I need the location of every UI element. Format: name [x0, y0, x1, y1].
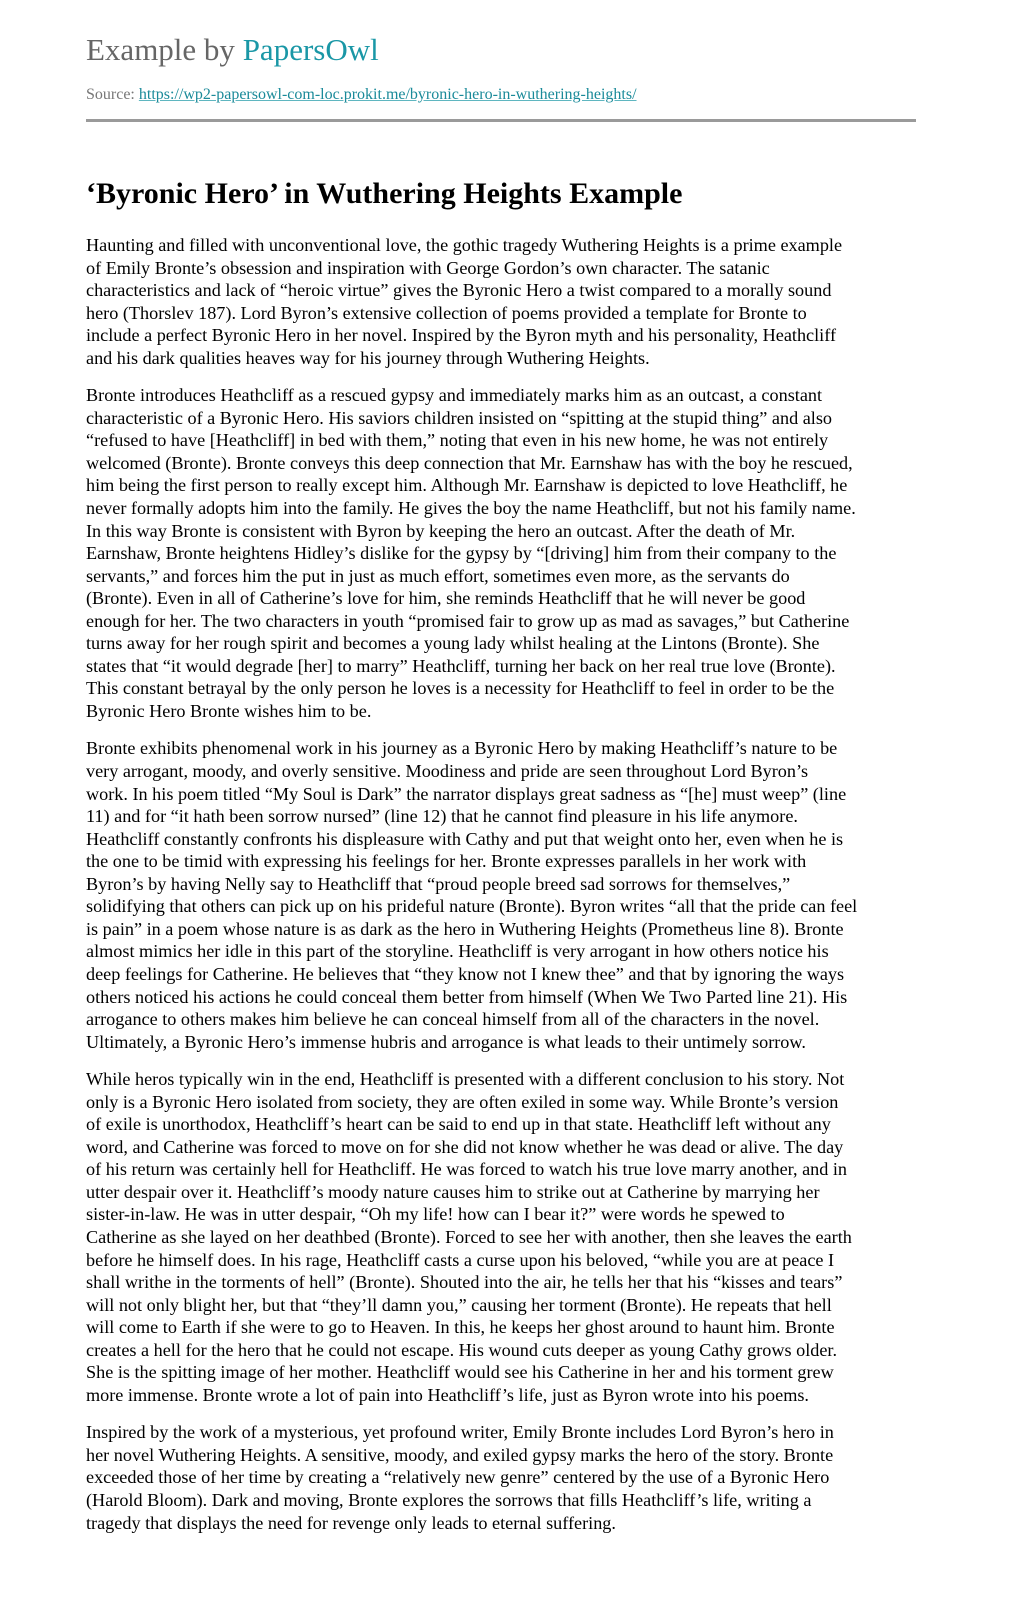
- text-line: states that “it would degrade [her] to m…: [86, 655, 918, 678]
- text-line: him being the first person to really exc…: [86, 474, 918, 497]
- text-line: sister-in-law. He was in utter despair, …: [86, 1203, 918, 1226]
- text-line: Byronic Hero Bronte wishes him to be.: [86, 700, 918, 723]
- text-line: Earnshaw, Bronte heightens Hidley’s disl…: [86, 542, 918, 565]
- text-line: Haunting and filled with unconventional …: [86, 234, 918, 257]
- text-line: servants,” and forces him the put in jus…: [86, 565, 918, 588]
- brand-header: Example by PapersOwl: [86, 30, 379, 70]
- paragraph-3: Bronte exhibits phenomenal work in his j…: [86, 737, 918, 1053]
- text-line: only is a Byronic Hero isolated from soc…: [86, 1091, 918, 1114]
- text-line: hero (Thorslev 187). Lord Byron’s extens…: [86, 302, 918, 325]
- text-line: word, and Catherine was forced to move o…: [86, 1136, 918, 1159]
- text-line: characteristic of a Byronic Hero. His sa…: [86, 407, 918, 430]
- text-line: While heros typically win in the end, He…: [86, 1068, 918, 1091]
- text-line: utter despair over it. Heathcliff’s mood…: [86, 1181, 918, 1204]
- text-line: enough for her. The two characters in yo…: [86, 610, 918, 633]
- text-line: “refused to have [Heathcliff] in bed wit…: [86, 429, 918, 452]
- text-line: include a perfect Byronic Hero in her no…: [86, 324, 918, 347]
- text-line: exceeded those of her time by creating a…: [86, 1466, 918, 1489]
- text-line: before he himself does. In his rage, Hea…: [86, 1249, 918, 1272]
- source-line: Source: https://wp2-papersowl-com-loc.pr…: [86, 85, 637, 105]
- text-line: is pain” in a poem whose nature is as da…: [86, 918, 918, 941]
- source-label: Source:: [86, 86, 139, 103]
- text-line: Heathcliff constantly confronts his disp…: [86, 828, 918, 851]
- article-title: ‘Byronic Hero’ in Wuthering Heights Exam…: [86, 174, 682, 214]
- text-line: her novel Wuthering Heights. A sensitive…: [86, 1444, 918, 1467]
- text-line: others noticed his actions he could conc…: [86, 986, 918, 1009]
- text-line: Bronte exhibits phenomenal work in his j…: [86, 737, 918, 760]
- text-line: will not only blight her, but that “they…: [86, 1294, 918, 1317]
- text-line: Byron’s by having Nelly say to Heathclif…: [86, 873, 918, 896]
- paragraph-4: While heros typically win in the end, He…: [86, 1068, 918, 1406]
- text-line: Bronte introduces Heathcliff as a rescue…: [86, 384, 918, 407]
- text-line: (Bronte). Even in all of Catherine’s lov…: [86, 587, 918, 610]
- text-line: will come to Earth if she were to go to …: [86, 1316, 918, 1339]
- text-line: welcomed (Bronte). Bronte conveys this d…: [86, 452, 918, 475]
- text-line: solidifying that others can pick up on h…: [86, 895, 918, 918]
- text-line: deep feelings for Catherine. He believes…: [86, 963, 918, 986]
- paragraph-2: Bronte introduces Heathcliff as a rescue…: [86, 384, 918, 722]
- text-line: more immense. Bronte wrote a lot of pain…: [86, 1384, 918, 1407]
- text-line: Ultimately, a Byronic Hero’s immense hub…: [86, 1031, 918, 1054]
- text-line: of Emily Bronte’s obsession and inspirat…: [86, 257, 918, 280]
- brand-name: PapersOwl: [243, 32, 379, 67]
- text-line: almost mimics her idle in this part of t…: [86, 940, 918, 963]
- text-line: never formally adopts him into the famil…: [86, 497, 918, 520]
- text-line: Inspired by the work of a mysterious, ye…: [86, 1421, 918, 1444]
- text-line: turns away for her rough spirit and beco…: [86, 632, 918, 655]
- text-line: work. In his poem titled “My Soul is Dar…: [86, 783, 918, 806]
- text-line: She is the spitting image of her mother.…: [86, 1361, 918, 1384]
- text-line: arrogance to others makes him believe he…: [86, 1008, 918, 1031]
- text-line: characteristics and lack of “heroic virt…: [86, 279, 918, 302]
- text-line: the one to be timid with expressing his …: [86, 850, 918, 873]
- text-line: creates a hell for the hero that he coul…: [86, 1339, 918, 1362]
- text-line: of exile is unorthodox, Heathcliff’s hea…: [86, 1113, 918, 1136]
- text-line: In this way Bronte is consistent with By…: [86, 520, 918, 543]
- brand-prefix: Example by: [86, 32, 243, 67]
- text-line: (Harold Bloom). Dark and moving, Bronte …: [86, 1489, 918, 1512]
- header-divider: [86, 119, 916, 122]
- text-line: Catherine as she layed on her deathbed (…: [86, 1226, 918, 1249]
- text-line: 11) and for “it hath been sorrow nursed”…: [86, 805, 918, 828]
- text-line: shall writhe in the torments of hell” (B…: [86, 1271, 918, 1294]
- paragraph-1: Haunting and filled with unconventional …: [86, 234, 918, 369]
- text-line: tragedy that displays the need for reven…: [86, 1512, 918, 1535]
- paragraph-5: Inspired by the work of a mysterious, ye…: [86, 1421, 918, 1534]
- text-line: This constant betrayal by the only perso…: [86, 677, 918, 700]
- source-link[interactable]: https://wp2-papersowl-com-loc.prokit.me/…: [139, 86, 637, 103]
- article-body: Haunting and filled with unconventional …: [86, 234, 918, 1549]
- text-line: and his dark qualities heaves way for hi…: [86, 347, 918, 370]
- text-line: very arrogant, moody, and overly sensiti…: [86, 760, 918, 783]
- text-line: of his return was certainly hell for Hea…: [86, 1158, 918, 1181]
